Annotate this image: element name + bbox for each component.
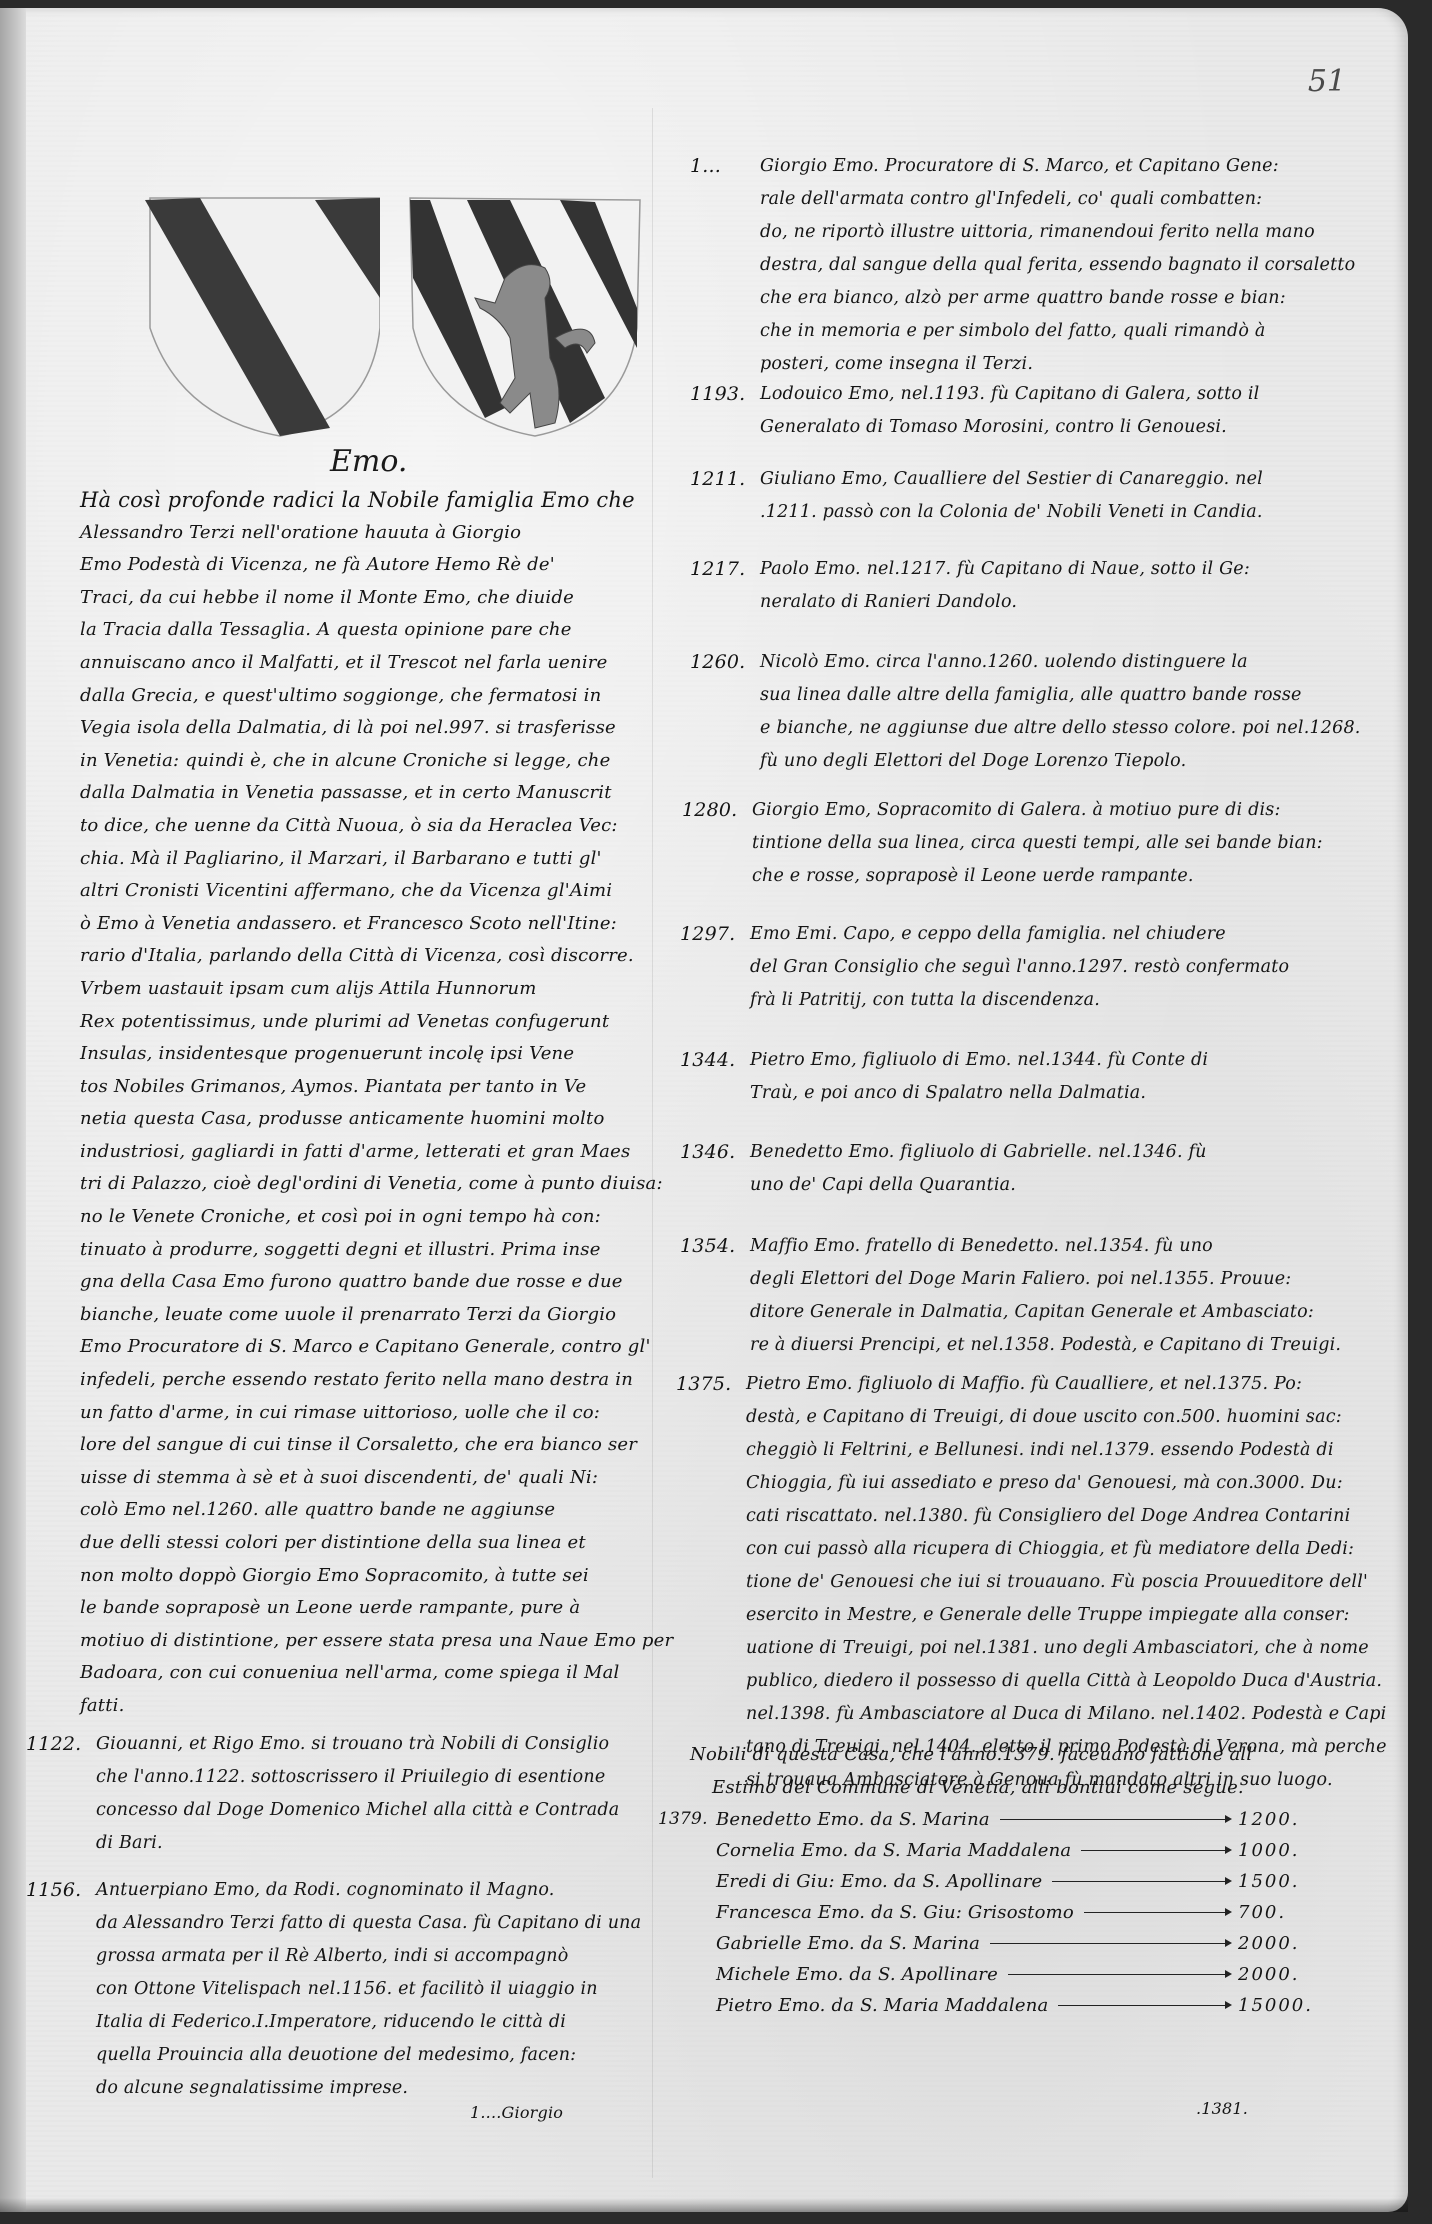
intro-line: infedeli, perche essendo restato ferito … [110,1364,710,1397]
arrow-right-icon [1008,1974,1230,1975]
entry-line: sua linea dalle altre della famiglia, al… [760,679,1380,712]
entry-year: 1156. [26,1874,96,1907]
entry-line: e bianche, ne aggiunse due altre dello s… [760,712,1380,745]
entry-line: uno de' Capi della Quarantia. [750,1169,1370,1202]
estimo-heading: Nobili di questa Casa, che l'anno.1379. … [690,1738,1330,1804]
entry-line: destra, dal sangue della qual ferita, es… [760,249,1380,282]
entry-line: Lodouico Emo, nel.1193. fù Capitano di G… [760,378,1380,411]
entry-line: .1211. passò con la Colonia de' Nobili V… [760,496,1380,529]
estimo-amount: 1200. [1238,1804,1318,1835]
coat-of-arms [140,188,660,448]
entry-line: tintione della sua linea, circa questi t… [752,827,1372,860]
arrow-right-icon [1000,1819,1230,1820]
estimo-row: 1379. Benedetto Emo. da S. Marina 1200. [658,1804,1318,1835]
intro-line: to dice, che uenne da Città Nuoua, ò sia… [110,810,710,843]
intro-line: non molto doppò Giorgio Emo Sopracomito,… [110,1560,710,1593]
intro-line: tri di Palazzo, cioè degl'ordini di Vene… [110,1168,710,1201]
entry-year: 1217. [690,553,760,586]
intro-line: Alessandro Terzi nell'oratione hauuta à … [110,517,710,550]
entry-line: Antuerpiano Emo, da Rodi. cognominato il… [96,1874,666,1907]
entry-line: con cui passò alla ricupera di Chioggia,… [746,1533,1376,1566]
entry-line: esercito in Mestre, e Generale delle Tru… [746,1599,1376,1632]
entry-line: Italia di Federico.I.Imperatore, riducen… [96,2006,666,2039]
estimo-name: Michele Emo. da S. Apollinare [716,1959,998,1990]
entry-line: do alcune segnalatissime imprese. [96,2072,666,2105]
entry-1346: 1346. Benedetto Emo. figliuolo di Gabrie… [680,1136,1370,1202]
intro-line: ò Emo à Venetia andassero. et Francesco … [110,908,710,941]
entry-line: posteri, come insegna il Terzi. [760,348,1380,381]
estimo-name: Pietro Emo. da S. Maria Maddalena [716,1990,1048,2021]
arrow-right-icon [990,1943,1230,1944]
estimo-amount: 1000. [1238,1835,1318,1866]
intro-line: dalla Grecia, e quest'ultimo soggionge, … [110,680,710,713]
entry-year: 1280. [682,794,752,827]
intro-line: Rex potentissimus, unde plurimi ad Venet… [110,1006,710,1039]
family-title: Emo. [330,444,407,479]
entry-1122: 1122. Giouanni, et Rigo Emo. si trouano … [26,1728,666,1860]
intro-line: Emo Procuratore di S. Marco e Capitano G… [110,1331,710,1364]
estimo-name: Eredi di Giu: Emo. da S. Apollinare [716,1866,1042,1897]
entry-line: Giouanni, et Rigo Emo. si trouano trà No… [96,1728,666,1761]
estimo-name: Cornelia Emo. da S. Maria Maddalena [716,1835,1071,1866]
entry-1354: 1354. Maffio Emo. fratello di Benedetto.… [680,1230,1370,1362]
intro-line: un fatto d'arme, in cui rimase uittorios… [110,1397,710,1430]
entry-year: 1344. [680,1044,750,1077]
intro-line: altri Cronisti Vicentini affermano, che … [110,875,710,908]
entry-line: neralato di Ranieri Dandolo. [760,586,1380,619]
folio-number: 51 [1308,64,1346,99]
manuscript-page: 51 Emo. Hà così profonde radici la Nobil… [0,8,1408,2212]
entry-year: 1260. [690,646,760,679]
entry-line: Pietro Emo. figliuolo di Maffio. fù Caua… [746,1368,1376,1401]
entry-1217: 1217. Paolo Emo. nel.1217. fù Capitano d… [690,553,1380,619]
entry-line: Traù, e poi anco di Spalatro nella Dalma… [750,1077,1370,1110]
entry-line: fù uno degli Elettori del Doge Lorenzo T… [760,745,1380,778]
entry-line: do, ne riportò illustre uittoria, rimane… [760,216,1380,249]
intro-line: motiuo di distintione, per essere stata … [110,1625,710,1658]
entry-line: che era bianco, alzò per arme quattro ba… [760,282,1380,315]
entry-line: Paolo Emo. nel.1217. fù Capitano di Naue… [760,553,1380,586]
entry-line: Generalato di Tomaso Morosini, contro li… [760,411,1380,444]
estimo-amount: 15000. [1238,1990,1318,2021]
intro-line: due delli stessi colori per distintione … [110,1527,710,1560]
intro-line: annuiscano anco il Malfatti, et il Tresc… [110,647,710,680]
estimo-name: Francesca Emo. da S. Giu: Grisostomo [716,1897,1074,1928]
entry-line: Benedetto Emo. figliuolo di Gabrielle. n… [750,1136,1370,1169]
binding-gutter [0,8,26,2212]
intro-line: industriosi, gagliardi in fatti d'arme, … [110,1136,710,1169]
intro-paragraph: Hà così profonde radici la Nobile famigl… [80,484,710,1723]
entry-1156: 1156. Antuerpiano Emo, da Rodi. cognomin… [26,1874,666,2105]
estimo-row: Cornelia Emo. da S. Maria Maddalena 1000… [658,1835,1318,1866]
intro-line: no le Venete Croniche, et così poi in og… [110,1201,710,1234]
entry-line: grossa armata per il Rè Alberto, indi si… [96,1940,666,1973]
entry-line: publico, diedero il possesso di quella C… [746,1665,1376,1698]
entry-line: che in memoria e per simbolo del fatto, … [760,315,1380,348]
entry-line: da Alessandro Terzi fatto di questa Casa… [96,1907,666,1940]
entry-year: 1211. [690,463,760,496]
arrow-right-icon [1058,2005,1230,2006]
estimo-amount: 2000. [1238,1959,1318,1990]
arrow-right-icon [1084,1912,1230,1913]
intro-line: in Venetia: quindi è, che in alcune Cron… [110,745,710,778]
intro-line: Traci, da cui hebbe il nome il Monte Emo… [110,582,710,615]
intro-line: netia questa Casa, produsse anticamente … [110,1103,710,1136]
intro-line: le bande sopraposè un Leone uerde rampan… [110,1592,710,1625]
entry-line: degli Elettori del Doge Marin Faliero. p… [750,1263,1370,1296]
estimo-heading-line: Estimo del Commune di Venetia, alli bont… [690,1771,1330,1804]
entry-year: 1122. [26,1728,96,1761]
entry-year: 1... [690,150,760,183]
intro-line: lore del sangue di cui tinse il Corsalet… [110,1429,710,1462]
catchword: 1....Giorgio [470,2092,563,2135]
intro-line: Hà così profonde radici la Nobile famigl… [110,484,710,517]
intro-line: colò Emo nel.1260. alle quattro bande ne… [110,1494,710,1527]
entry-line: frà li Patritij, con tutta la discendenz… [750,984,1370,1017]
entry-line: di Bari. [96,1827,666,1860]
entry-line: cati riscattato. nel.1380. fù Consiglier… [746,1500,1376,1533]
estimo-row: Francesca Emo. da S. Giu: Grisostomo 700… [658,1897,1318,1928]
intro-line: uisse di stemma à sè et à suoi discenden… [110,1462,710,1495]
entry-line: Giorgio Emo, Sopracomito di Galera. à mo… [752,794,1372,827]
entry-line: del Gran Consiglio che seguì l'anno.1297… [750,951,1370,984]
entry-year: 1375. [676,1368,746,1401]
estimo-amount: 2000. [1238,1928,1318,1959]
entry-1344: 1344. Pietro Emo, figliuolo di Emo. nel.… [680,1044,1370,1110]
entry-year: 1346. [680,1136,750,1169]
intro-line: chia. Mà il Pagliarino, il Marzari, il B… [110,843,710,876]
entry-line: Giorgio Emo. Procuratore di S. Marco, et… [760,150,1380,183]
entry-line: uatione di Treuigi, poi nel.1381. uno de… [746,1632,1376,1665]
estimo-row: Pietro Emo. da S. Maria Maddalena 15000. [658,1990,1318,2021]
estimo-heading-line: Nobili di questa Casa, che l'anno.1379. … [690,1738,1330,1771]
estimo-row: Michele Emo. da S. Apollinare 2000. [658,1959,1318,1990]
entry-line: destà, e Capitano di Treuigi, di doue us… [746,1401,1376,1434]
entry-line: quella Prouincia alla deuotione del mede… [96,2039,666,2072]
entry-line: con Ottone Vitelispach nel.1156. et faci… [96,1973,666,2006]
entry-line: tione de' Genouesi che iui si trouauano.… [746,1566,1376,1599]
entry-line: Maffio Emo. fratello di Benedetto. nel.1… [750,1230,1370,1263]
intro-line: Vegia isola della Dalmatia, di là poi ne… [110,712,710,745]
intro-line: tinuato à produrre, soggetti degni et il… [110,1234,710,1267]
entry-line: ditore Generale in Dalmatia, Capitan Gen… [750,1296,1370,1329]
entry-year: 1354. [680,1230,750,1263]
intro-line: Vrbem uastauit ipsam cum alijs Attila Hu… [110,973,710,1006]
intro-line: dalla Dalmatia in Venetia passasse, et i… [110,777,710,810]
entry-line: rale dell'armata contro gl'Infedeli, co'… [760,183,1380,216]
entry-1280: 1280. Giorgio Emo, Sopracomito di Galera… [682,794,1372,893]
estimo-year: 1379. [658,1804,716,1835]
entry-1260: 1260. Nicolò Emo. circa l'anno.1260. uol… [690,646,1380,778]
entry-line: re à diuersi Prencipi, et nel.1358. Pode… [750,1329,1370,1362]
left-shield-bends-icon [140,188,380,438]
entry-year: 1297. [680,918,750,951]
intro-line: la Tracia dalla Tessaglia. A questa opin… [110,614,710,647]
intro-line: rario d'Italia, parlando della Città di … [110,940,710,973]
estimo-amount: 700. [1238,1897,1318,1928]
intro-line: Insulas, insidentesque progenuerunt inco… [110,1038,710,1071]
entry-1375: 1375. Pietro Emo. figliuolo di Maffio. f… [676,1368,1376,1797]
estimo-table: 1379. Benedetto Emo. da S. Marina 1200. … [658,1804,1318,2021]
entry-line: Giuliano Emo, Caualliere del Sestier di … [760,463,1380,496]
arrow-right-icon [1081,1850,1230,1851]
entry-giorgio: 1... Giorgio Emo. Procuratore di S. Marc… [690,150,1380,381]
estimo-name: Benedetto Emo. da S. Marina [716,1804,990,1835]
entry-1297: 1297. Emo Emi. Capo, e ceppo della famig… [680,918,1370,1017]
entry-line: Pietro Emo, figliuolo di Emo. nel.1344. … [750,1044,1370,1077]
intro-line: Badoara, con cui conueniua nell'arma, co… [110,1657,710,1690]
intro-line: gna della Casa Emo furono quattro bande … [110,1266,710,1299]
entry-line: Nicolò Emo. circa l'anno.1260. uolendo d… [760,646,1380,679]
estimo-row: Eredi di Giu: Emo. da S. Apollinare 1500… [658,1866,1318,1897]
right-shield-lion-icon [405,188,645,438]
intro-line: fatti. [110,1690,710,1723]
entry-line: nel.1398. fù Ambasciatore al Duca di Mil… [746,1698,1376,1731]
intro-line: Emo Podestà di Vicenza, ne fà Autore Hem… [110,549,710,582]
entry-line: che l'anno.1122. sottoscrissero il Priui… [96,1761,666,1794]
entry-line: cheggiò li Feltrini, e Bellunesi. indi n… [746,1434,1376,1467]
bottom-catchword: .1381. [1196,2088,1248,2131]
entry-line: che e rosse, sopraposè il Leone uerde ra… [752,860,1372,893]
estimo-amount: 1500. [1238,1866,1318,1897]
page-edge-shadow [0,2198,1408,2212]
estimo-row: Gabrielle Emo. da S. Marina 2000. [658,1928,1318,1959]
intro-line: tos Nobiles Grimanos, Aymos. Piantata pe… [110,1071,710,1104]
entry-1193: 1193. Lodouico Emo, nel.1193. fù Capitan… [690,378,1380,444]
entry-year: 1193. [690,378,760,411]
estimo-name: Gabrielle Emo. da S. Marina [716,1928,980,1959]
entry-1211: 1211. Giuliano Emo, Caualliere del Sesti… [690,463,1380,529]
intro-line: bianche, leuate come uuole il prenarrato… [110,1299,710,1332]
entry-line: concesso dal Doge Domenico Michel alla c… [96,1794,666,1827]
entry-line: Emo Emi. Capo, e ceppo della famiglia. n… [750,918,1370,951]
entry-line: Chioggia, fù iui assediato e preso da' G… [746,1467,1376,1500]
arrow-right-icon [1052,1881,1230,1882]
